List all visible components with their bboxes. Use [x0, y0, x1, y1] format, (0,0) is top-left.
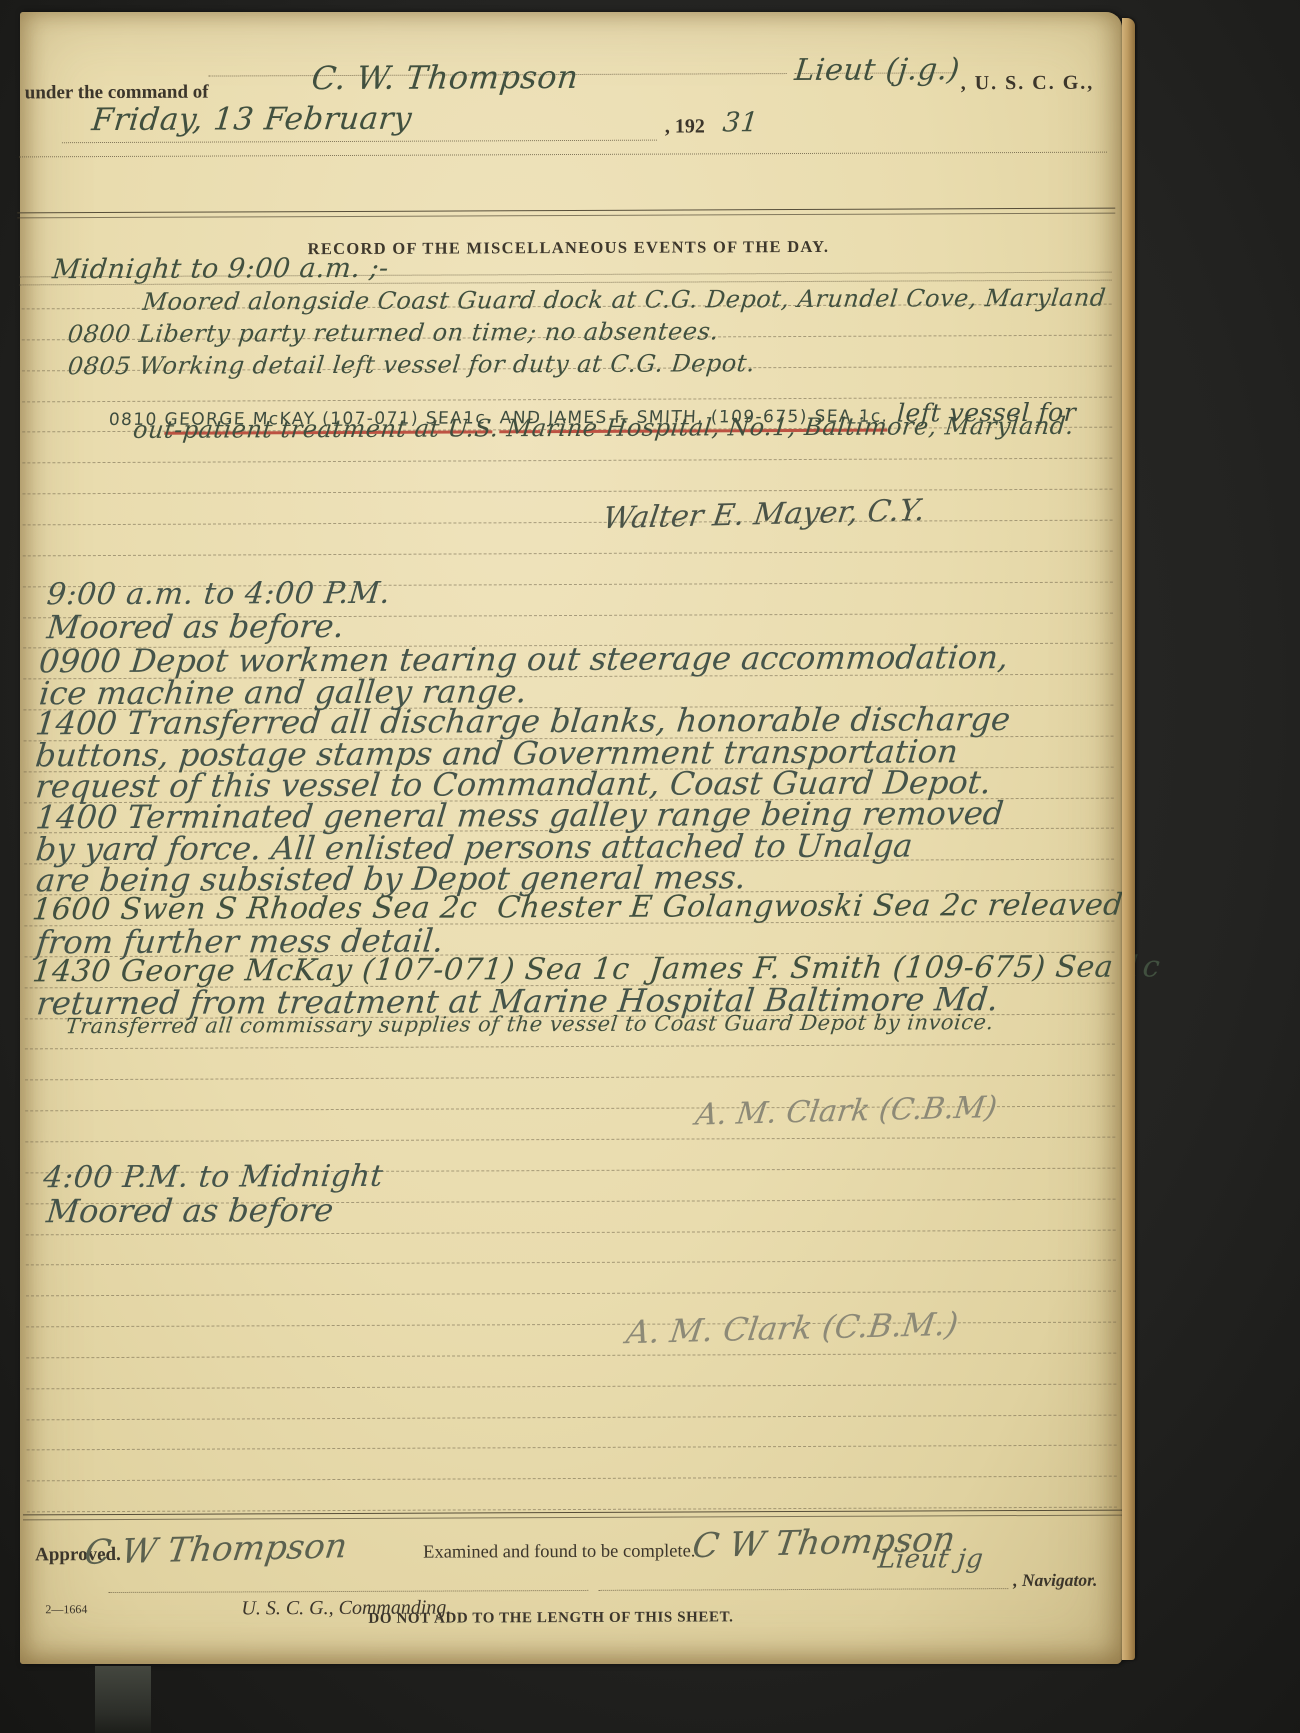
date-blank-line	[62, 140, 657, 144]
weekday-date-handwritten: Friday, 13 February	[90, 101, 414, 138]
watch1-signature: Walter E. Mayer, C.Y.	[601, 493, 927, 536]
form-number: 2—1664	[45, 1602, 87, 1617]
log-line: Moored as before	[45, 1191, 335, 1230]
page-stack-edge	[1122, 18, 1135, 1660]
ruled-lines	[16, 10, 1118, 15]
header-double-rule	[17, 208, 1115, 219]
watch3-signature: A. M. Clark (C.B.M.)	[624, 1305, 960, 1351]
ruled-line	[26, 1353, 1116, 1359]
log-line: Moored alongside Coast Guard dock at C.G…	[141, 284, 1107, 316]
year-handwritten: 31	[721, 107, 759, 138]
navigator-label: , Navigator.	[1013, 1570, 1097, 1591]
approved-signature: C W Thompson	[82, 1526, 350, 1573]
ruled-line	[26, 1229, 1116, 1235]
watch3-heading: 4:00 P.M. to Midnight	[42, 1159, 385, 1195]
log-line: 1600 Swen S Rhodes Sea 2c Chester E Gola…	[31, 888, 1125, 928]
log-line: 0800 Liberty party returned on time; no …	[66, 317, 720, 348]
ruled-line	[27, 1414, 1117, 1420]
ruled-line	[26, 1260, 1116, 1266]
log-line: Transferred all commissary supplies of t…	[65, 1010, 995, 1038]
do-not-add-notice: DO NOT ADD TO THE LENGTH OF THIS SHEET.	[368, 1609, 733, 1628]
ruled-line	[26, 1291, 1116, 1297]
rank-handwritten: Lieut (j.g.)	[793, 52, 962, 88]
ruled-line	[23, 550, 1113, 556]
log-line: 0805 Working detail left vessel for duty…	[67, 349, 757, 380]
navigator-signature-line	[598, 1588, 1008, 1591]
binding-tab	[95, 1666, 151, 1733]
ruled-line	[25, 1137, 1115, 1143]
paper-content: under the command of C. W. Thompson Lieu…	[16, 10, 1125, 1667]
examined-label: Examined and found to be complete.	[423, 1541, 695, 1563]
ruled-line	[22, 458, 1112, 464]
log-line: out-patient treatment at U.S. Marine Hos…	[132, 412, 1075, 444]
logbook-paper: under the command of C. W. Thompson Lieu…	[20, 12, 1122, 1664]
ruled-line	[26, 1383, 1116, 1389]
ruled-line	[25, 1044, 1115, 1050]
year-prefix: , 192	[665, 115, 705, 138]
approved-signature-line	[108, 1590, 588, 1593]
scanned-logbook-page: { "header": { "command_label": "under th…	[0, 0, 1300, 1733]
watch1-heading: Midnight to 9:00 a.m. ;-	[51, 253, 390, 285]
service-label: , U. S. C. G.,	[961, 72, 1095, 96]
ruled-line	[25, 1075, 1115, 1081]
header-rule-dotted	[19, 152, 1107, 158]
ruled-line	[23, 520, 1113, 526]
ruled-line	[27, 1476, 1117, 1482]
commander-signature: C. W. Thompson	[310, 58, 580, 97]
ruled-line	[27, 1445, 1117, 1451]
navigator-rank-handwritten: Lieut jg	[877, 1544, 985, 1574]
watch2-signature: A. M. Clark (C.B.M)	[693, 1090, 999, 1133]
ruled-line	[22, 489, 1112, 495]
